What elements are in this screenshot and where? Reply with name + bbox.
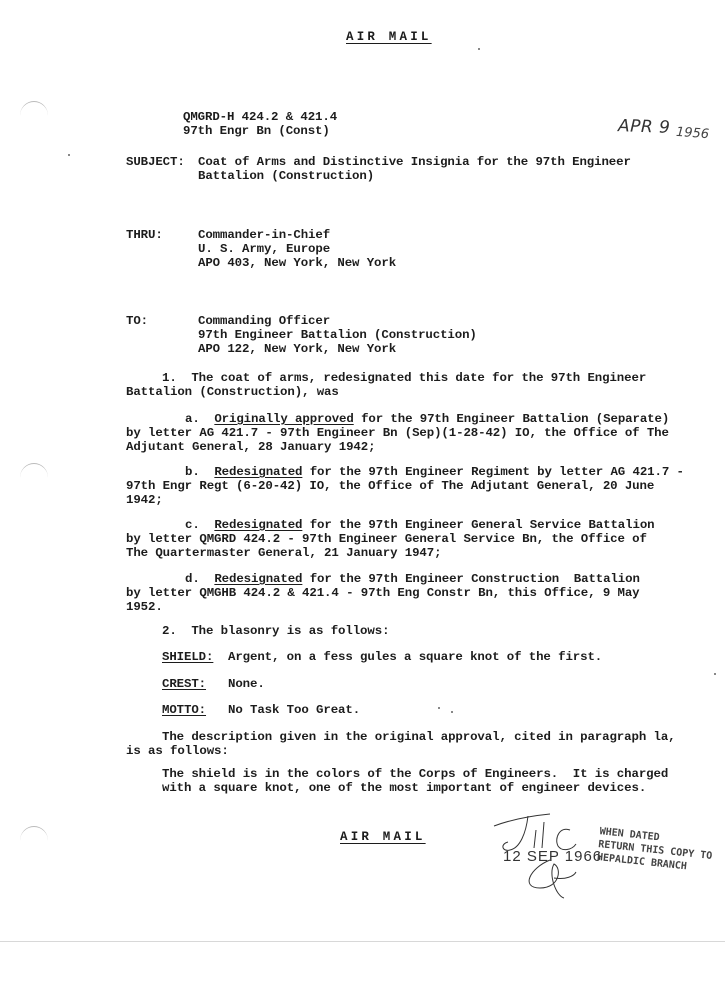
paragraph-1b: b. Redesignated for the 97th Engineer Re… — [185, 465, 684, 479]
to-line: 97th Engineer Battalion (Construction) — [198, 328, 477, 342]
air-mail-footer: AIR MAIL — [340, 830, 426, 844]
speck-mark — [714, 673, 716, 675]
thru-line: U. S. Army, Europe — [198, 242, 330, 256]
reference-unit: 97th Engr Bn (Const) — [183, 124, 330, 138]
paragraph-1a: Adjutant General, 28 January 1942; — [126, 440, 375, 454]
speck-mark — [438, 707, 440, 709]
speck-mark — [451, 711, 453, 713]
punch-hole-mark — [20, 463, 48, 492]
to-line: APO 122, New York, New York — [198, 342, 396, 356]
paragraph-1: Battalion (Construction), was — [126, 385, 339, 399]
description-quote: The shield is in the colors of the Corps… — [162, 767, 668, 781]
speck-mark — [478, 48, 480, 50]
description-quote: with a square knot, one of the most impo… — [162, 781, 646, 795]
punch-hole-mark — [20, 101, 48, 130]
paragraph-2: 2. The blasonry is as follows: — [162, 624, 389, 638]
paragraph-1b: 97th Engr Regt (6-20-42) IO, the Office … — [126, 479, 654, 493]
punch-hole-mark — [20, 826, 48, 855]
blazon-motto-value: No Task Too Great. — [228, 703, 360, 717]
blazon-motto-label: MOTTO: — [162, 703, 206, 717]
return-copy-stamp: WHEN DATED RETURN THIS COPY TO HEPALDIC … — [596, 825, 714, 876]
paragraph-1b: 1942; — [126, 493, 163, 507]
thru-label: THRU: — [126, 228, 163, 242]
subject-label: SUBJECT: — [126, 155, 185, 169]
paragraph-1d: d. Redesignated for the 97th Engineer Co… — [185, 572, 640, 586]
received-date-stamp: APR 9 — [618, 116, 671, 138]
blazon-crest-value: None. — [228, 677, 265, 691]
description-intro: is as follows: — [126, 744, 229, 758]
paragraph-1d: 1952. — [126, 600, 163, 614]
subject-line: Battalion (Construction) — [198, 169, 374, 183]
paragraph-1: 1. The coat of arms, redesignated this d… — [162, 371, 646, 385]
subject-line: Coat of Arms and Distinctive Insignia fo… — [198, 155, 631, 169]
air-mail-header: AIR MAIL — [346, 30, 432, 44]
file-date-stamp: 12 SEP 1966 — [503, 848, 602, 865]
to-line: Commanding Officer — [198, 314, 330, 328]
speck-mark — [68, 154, 70, 156]
paragraph-1a: by letter AG 421.7 - 97th Engineer Bn (S… — [126, 426, 669, 440]
scan-edge-line — [0, 941, 725, 942]
paragraph-1c: c. Redesignated for the 97th Engineer Ge… — [185, 518, 654, 532]
paragraph-1c: The Quartermaster General, 21 January 19… — [126, 546, 441, 560]
received-year-stamp: 1956 — [676, 125, 710, 142]
paragraph-1d: by letter QMGHB 424.2 & 421.4 - 97th Eng… — [126, 586, 640, 600]
blazon-shield-label: SHIELD: — [162, 650, 213, 664]
to-label: TO: — [126, 314, 148, 328]
paragraph-1c: by letter QMGRD 424.2 - 97th Engineer Ge… — [126, 532, 647, 546]
thru-line: APO 403, New York, New York — [198, 256, 396, 270]
thru-line: Commander-in-Chief — [198, 228, 330, 242]
reference-code: QMGRD-H 424.2 & 421.4 — [183, 110, 337, 124]
paragraph-1a: a. Originally approved for the 97th Engi… — [185, 412, 669, 426]
blazon-shield-value: Argent, on a fess gules a square knot of… — [228, 650, 602, 664]
blazon-crest-label: CREST: — [162, 677, 206, 691]
description-intro: The description given in the original ap… — [162, 730, 676, 744]
